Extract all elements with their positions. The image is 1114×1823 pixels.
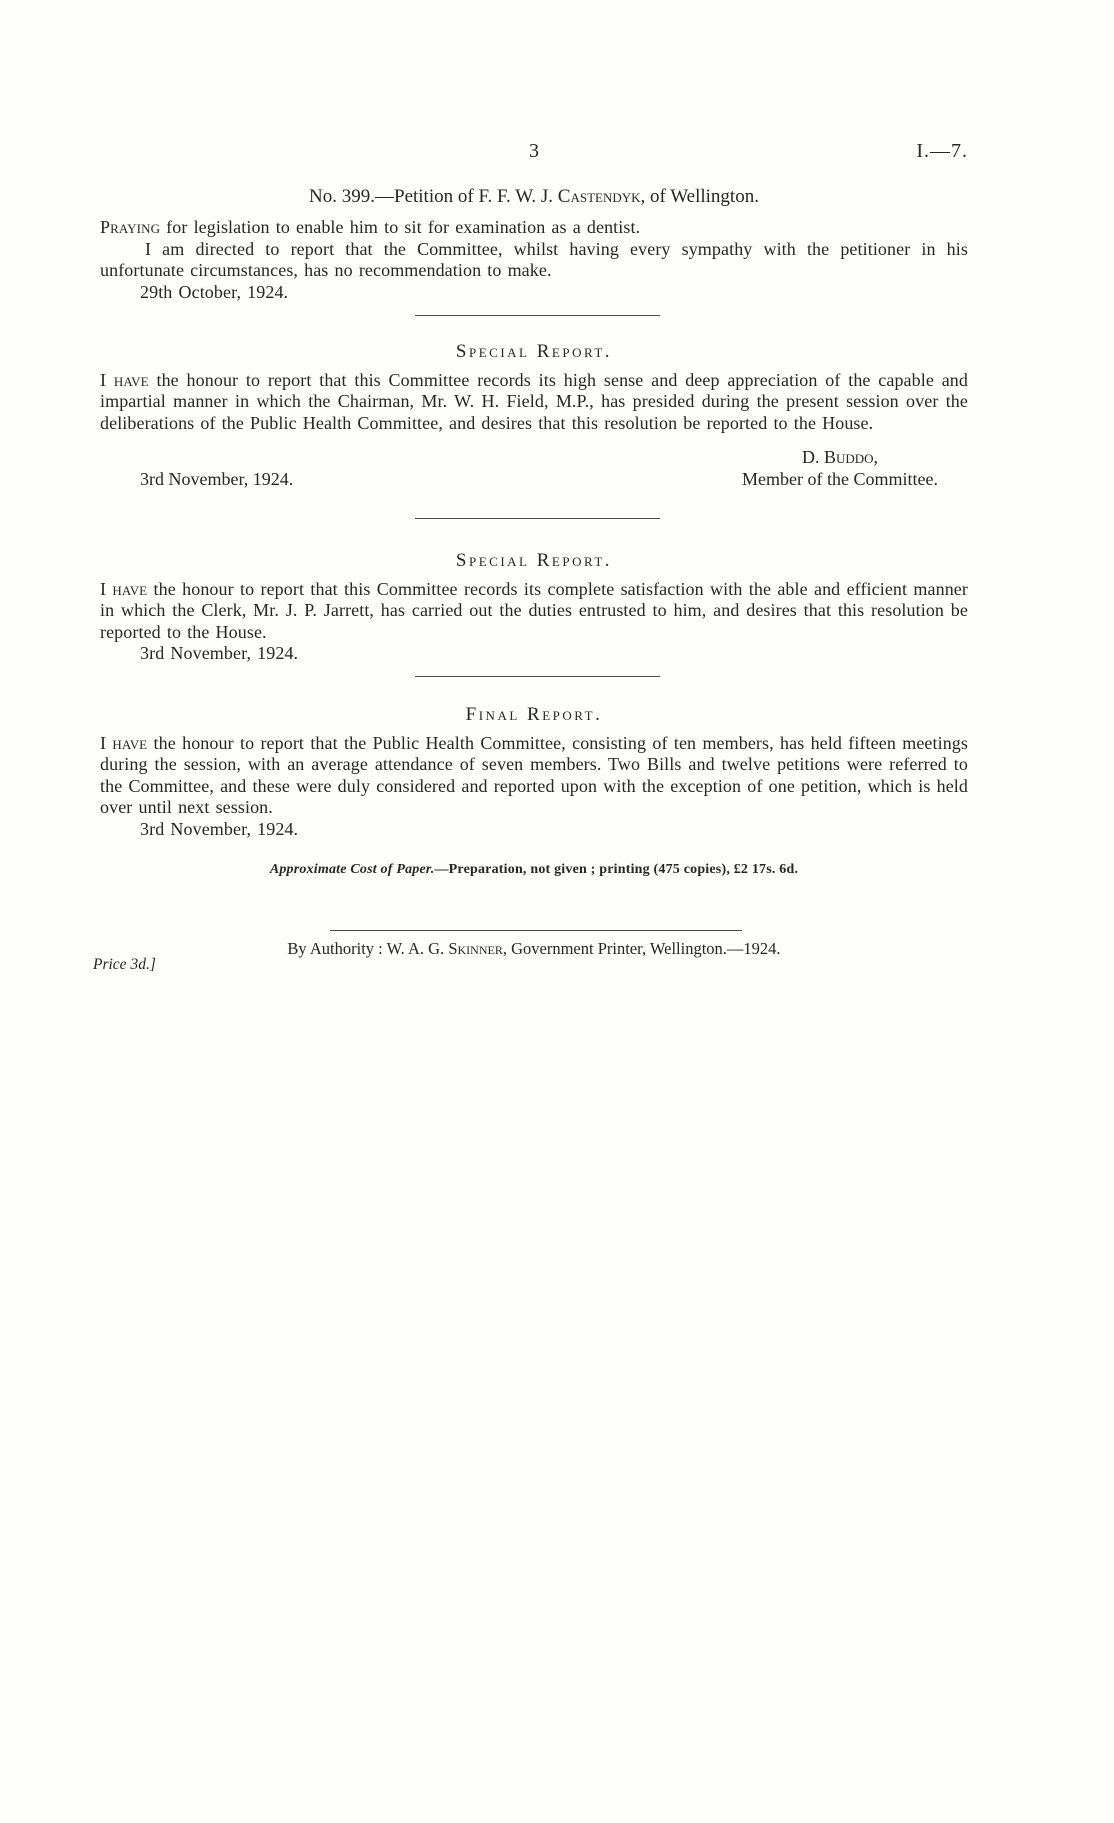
petition-opening-rest: for legislation to enable him to sit for…	[160, 217, 640, 237]
final-report-body: the honour to report that the Public Hea…	[100, 733, 968, 818]
report-lead-word: I	[100, 579, 112, 599]
report-lead-smallcaps: have	[112, 733, 147, 753]
petition-opening-lead: Praying	[100, 217, 160, 237]
page-header: 3 I.—7.	[100, 141, 968, 163]
printer-name: Skinner	[448, 939, 503, 958]
petition-opening-paragraph: Praying for legislation to enable him to…	[100, 217, 968, 239]
petition-title-pre: No. 399.—Petition of F. F. W. J.	[309, 186, 558, 207]
petition-section: Praying for legislation to enable him to…	[100, 217, 968, 303]
petitioner-name: Castendyk	[558, 186, 641, 207]
report-lead-smallcaps: have	[114, 370, 149, 390]
signature-name: D. Buddo,	[742, 447, 938, 469]
petition-date: 29th October, 1924.	[140, 282, 968, 304]
special-report-1-paragraph: I have the honour to report that this Co…	[100, 370, 968, 435]
imprint-line: By Authority : W. A. G. Skinner, Governm…	[100, 938, 968, 960]
special-report-2-date: 3rd November, 1924.	[140, 643, 968, 665]
petition-title-post: , of Wellington.	[641, 186, 759, 207]
imprint-post: , Government Printer, Wellington.—1924.	[503, 939, 781, 958]
special-report-1-section: Special Report. I have the honour to rep…	[100, 341, 968, 490]
imprint-pre: By Authority : W. A. G.	[287, 939, 448, 958]
special-report-2-section: Special Report. I have the honour to rep…	[100, 550, 968, 665]
signature-block: D. Buddo, Member of the Committee.	[742, 447, 938, 490]
report-lead-smallcaps: have	[112, 579, 147, 599]
document-page: 3 I.—7. No. 399.—Petition of F. F. W. J.…	[0, 0, 1114, 1823]
final-report-paragraph: I have the honour to report that the Pub…	[100, 733, 968, 819]
cost-of-paper-note: Approximate Cost of Paper.—Preparation, …	[100, 859, 968, 881]
price-label: Price 3d.]	[93, 954, 156, 976]
special-report-2-heading: Special Report.	[100, 550, 968, 572]
signature-area: D. Buddo, Member of the Committee. 3rd N…	[100, 447, 968, 490]
cost-note-lead: Approximate Cost of Paper.	[270, 862, 435, 877]
final-report-date: 3rd November, 1924.	[140, 819, 968, 841]
cost-note-rest: —Preparation, not given ; printing (475 …	[434, 862, 798, 877]
section-divider-rule	[415, 676, 660, 677]
special-report-2-body: the honour to report that this Committee…	[100, 579, 968, 642]
document-reference: I.—7.	[916, 141, 968, 163]
signature-role: Member of the Committee.	[742, 469, 938, 491]
special-report-1-heading: Special Report.	[100, 341, 968, 363]
imprint-rule	[330, 930, 742, 931]
report-lead-word: I	[100, 370, 114, 390]
final-report-section: Final Report. I have the honour to repor…	[100, 704, 968, 840]
report-lead-word: I	[100, 733, 112, 753]
petition-title: No. 399.—Petition of F. F. W. J. Castend…	[100, 186, 968, 208]
final-report-heading: Final Report.	[100, 704, 968, 726]
special-report-1-body: the honour to report that this Committee…	[100, 370, 968, 433]
section-divider-rule	[415, 315, 660, 316]
special-report-1-date: 3rd November, 1924.	[140, 469, 293, 491]
section-divider-rule	[415, 518, 660, 519]
page-number: 3	[529, 140, 539, 162]
special-report-2-paragraph: I have the honour to report that this Co…	[100, 579, 968, 644]
petition-body-paragraph: I am directed to report that the Committ…	[100, 239, 968, 282]
